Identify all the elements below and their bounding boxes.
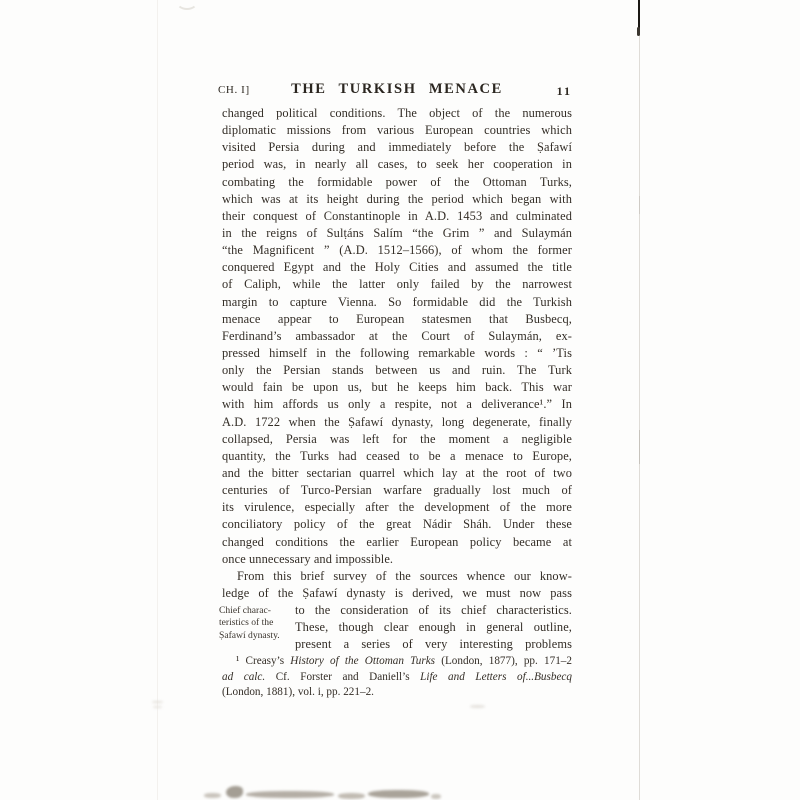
text-line: its virulence, especially after the deve… xyxy=(222,499,572,516)
text-line: with him affords us only a respite, not … xyxy=(222,396,572,413)
text-line: conciliatory policy of the great Nádir S… xyxy=(222,516,572,533)
text-line: margin to capture Vienna. So formidable … xyxy=(222,294,572,311)
text-line: quantity, the Turks had ceased to be a m… xyxy=(222,448,572,465)
text-line: ledge of the Ṣafawí dynasty is derived, … xyxy=(222,585,572,602)
footnote-line: ¹ Creasy’s History of the Ottoman Turks … xyxy=(222,654,572,670)
page-fold-shadow xyxy=(639,196,640,214)
text-line: diplomatic missions from various Europea… xyxy=(222,122,572,139)
scan-smudge xyxy=(226,786,243,798)
page-fold-line xyxy=(639,0,640,800)
text-line: only the Persian stands between us and r… xyxy=(222,362,572,379)
scan-smudge xyxy=(246,791,334,798)
footnote-line: ad calc. Cf. Forster and Daniell’s Life … xyxy=(222,670,572,686)
page-fold-ink-mark xyxy=(637,27,640,36)
scan-smudge xyxy=(431,794,441,799)
text-line: collapsed, Persia was left for the momen… xyxy=(222,431,572,448)
text-line: From this brief survey of the sources wh… xyxy=(222,568,572,585)
page-edge-line xyxy=(157,0,158,800)
scan-artifact xyxy=(176,0,198,10)
book-page-scan: CH. I] THE TURKISH MENACE 11 changed pol… xyxy=(0,0,800,800)
text-line: A.D. 1722 when the Ṣafawí dynasty, long … xyxy=(222,414,572,431)
margin-note-line: Ṣafawí dynasty. xyxy=(219,630,295,642)
text-line: conquered Egypt and the Holy Cities and … xyxy=(222,259,572,276)
footnote-line: (London, 1881), vol. i, pp. 221–2. xyxy=(222,685,572,701)
text-line: once unnecessary and impossible. xyxy=(222,551,572,568)
text-line: changed conditions the earlier European … xyxy=(222,534,572,551)
text-line: would fain be upon us, but he keeps him … xyxy=(222,379,572,396)
page-fold-shadow xyxy=(639,430,640,464)
text-line: pressed himself in the following remarka… xyxy=(222,345,572,362)
scan-smudge xyxy=(204,793,221,798)
text-line: which was at its height during the perio… xyxy=(222,191,572,208)
text-line: and the bitter sectarian quarrel which l… xyxy=(222,465,572,482)
text-line: their conquest of Constantinople in A.D.… xyxy=(222,208,572,225)
text-line: centuries of Turco-Persian warfare gradu… xyxy=(222,482,572,499)
footnote: ¹ Creasy’s History of the Ottoman Turks … xyxy=(222,654,572,701)
text-line: in the reigns of Sulṭáns Salím “the Grim… xyxy=(222,225,572,242)
scan-smudge xyxy=(368,790,429,798)
page-fold-ink-mark xyxy=(638,0,640,30)
text-line: present a series of very interesting pro… xyxy=(295,636,572,653)
text-line: period was, in nearly all cases, to seek… xyxy=(222,156,572,173)
text-line: These, though clear enough in general ou… xyxy=(295,619,572,636)
page-number: 11 xyxy=(222,84,572,99)
text-line: combating the formidable power of the Ot… xyxy=(222,174,572,191)
scan-smudge xyxy=(153,706,162,708)
scan-smudge xyxy=(338,793,365,799)
text-line: visited Persia during and immediately be… xyxy=(222,139,572,156)
text-line: to the consideration of its chief charac… xyxy=(295,602,572,619)
body-text: changed political conditions. The object… xyxy=(222,105,572,654)
margin-note: Chief charac-teristics of theṢafawí dyna… xyxy=(219,605,295,642)
margin-note-line: Chief charac- xyxy=(219,605,295,617)
text-line: Ferdinand’s ambassador at the Court of S… xyxy=(222,328,572,345)
text-line: menace appear to European statesmen that… xyxy=(222,311,572,328)
scan-smudge xyxy=(470,705,485,708)
text-line: of Caliph, while the latter only failed … xyxy=(222,276,572,293)
scan-smudge xyxy=(152,701,163,703)
margin-note-line: teristics of the xyxy=(219,617,295,629)
text-line: “the Magnificent ” (A.D. 1512–1566), of … xyxy=(222,242,572,259)
text-line: changed political conditions. The object… xyxy=(222,105,572,122)
